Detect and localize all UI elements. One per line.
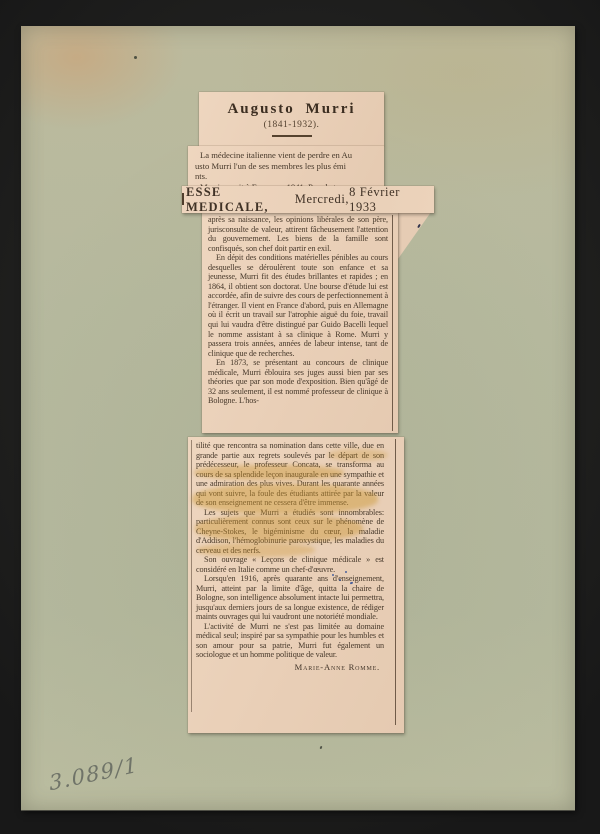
card-speck: [134, 56, 137, 59]
article-paragraph: Lorsqu'en 1916, après quarante ans d'ens…: [196, 574, 384, 622]
card-speck: [319, 746, 322, 750]
clipping-title-piece: Augusto Murri (1841-1932).: [199, 92, 384, 146]
masthead-name: ESSE MEDICALE,: [186, 186, 295, 213]
article-paragraph: tilité que rencontra sa nomination dans …: [196, 441, 384, 508]
blue-ink-mark: [345, 571, 347, 573]
blue-ink-mark: [332, 574, 334, 576]
blue-ink-mark: [339, 579, 341, 581]
clipping-column-lower: tilité que rencontra sa nomination dans …: [188, 437, 404, 733]
masthead-date: 8 Février 1933: [349, 186, 422, 213]
title-rule: [272, 135, 312, 137]
masthead-weekday: Mercredi,: [295, 192, 349, 207]
intro-line: usto Murri l'un de ses membres les plus …: [188, 161, 384, 172]
column-rule-right: [392, 215, 393, 431]
cut-letter-mark: [182, 193, 184, 205]
article-title: Augusto Murri: [199, 101, 384, 118]
scanned-archive-photo: { "photo": { "backdrop_color": "#1d1d1c"…: [0, 0, 600, 834]
clipping-column-upper: après sa naissance, les opinions libéral…: [202, 212, 398, 433]
article-paragraph: Son ouvrage « Leçons de clinique médical…: [196, 555, 384, 574]
intro-line: nts.: [188, 171, 384, 182]
intro-line: La médecine italienne vient de perdre en…: [188, 150, 384, 161]
article-paragraph: L'activité de Murri ne s'est pas limitée…: [196, 622, 384, 660]
column-rule-left: [191, 440, 192, 712]
article-signature: Marie-Anne Romme.: [196, 662, 384, 672]
article-paragraph: après sa naissance, les opinions libéral…: [208, 215, 388, 253]
article-years: (1841-1932).: [199, 120, 384, 130]
article-paragraph: Les sujets que Murri a étudiés sont inno…: [196, 508, 384, 556]
column-rule-right: [395, 439, 396, 725]
article-paragraph: En dépit des conditions matérielles péni…: [208, 253, 388, 358]
masthead-strip: ESSE MEDICALE, Mercredi, 8 Février 1933: [182, 186, 434, 213]
article-paragraph: En 1873, se présentant au concours de cl…: [208, 358, 388, 406]
